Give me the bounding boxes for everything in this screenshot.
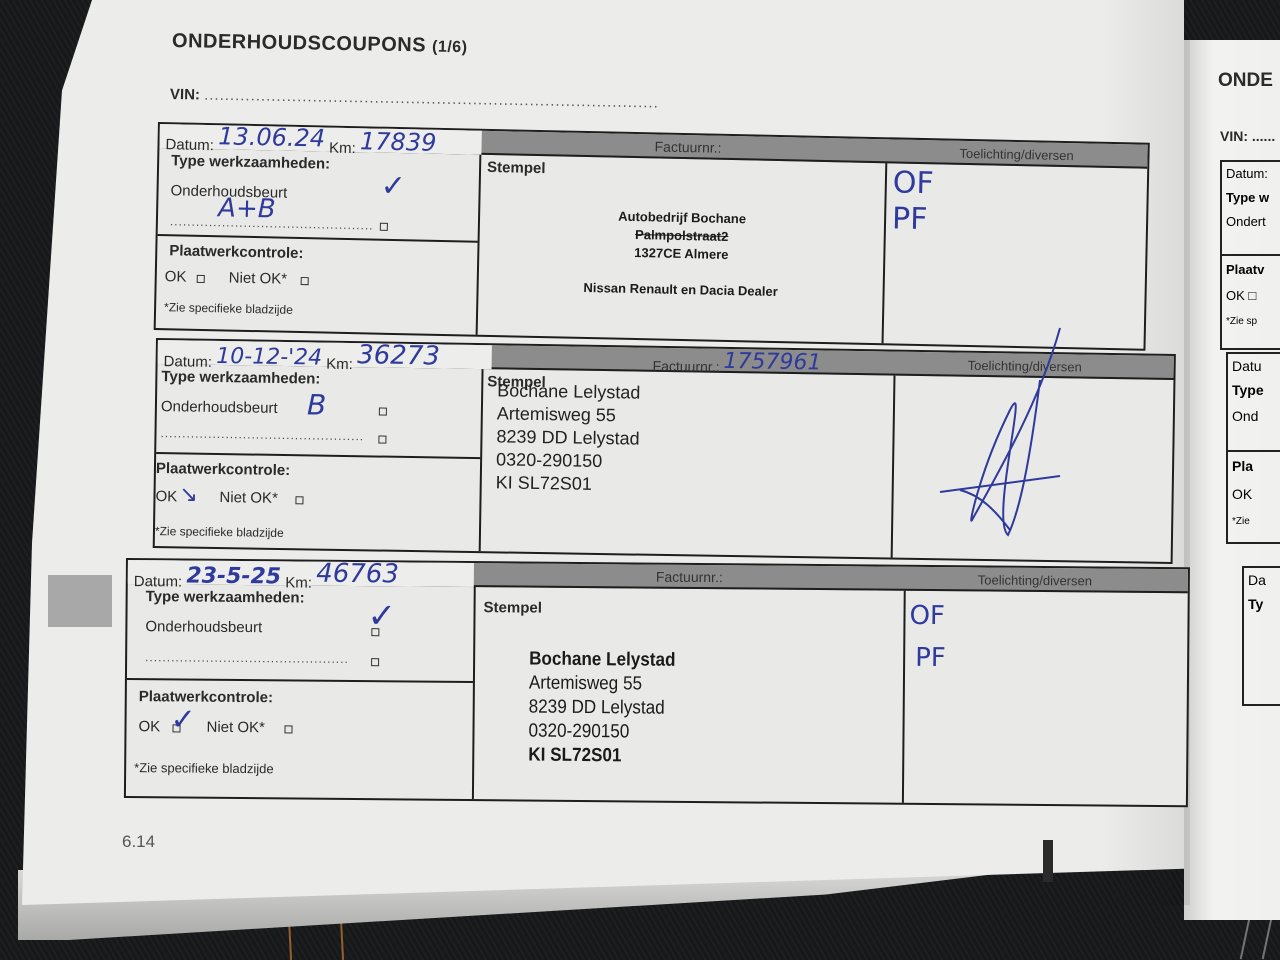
checkmark-icon: ✓ [380,169,406,205]
next-page-vin: VIN: ...... [1220,128,1275,144]
service-coupon-3: Datum: 23-5-25 Km: 46763 Factuurnr.: Toe… [124,558,1190,807]
toelichting-note[interactable]: OF [909,601,945,631]
dealer-stamp: Bochane Lelystad Artemisweg 55 8239 DD L… [496,379,641,496]
plaatwerk-niet-ok-checkbox[interactable] [301,277,309,285]
plaatwerk-ok-checkbox[interactable] [197,275,205,283]
other-work-checkbox[interactable] [371,658,379,666]
checkmark-icon: ↘ [179,482,198,507]
signature [920,320,1080,550]
toelichting-note[interactable]: PF [892,201,928,237]
plaatwerk-niet-ok-checkbox[interactable] [295,496,303,504]
toelichting-label: Toelichting/diversen [978,572,1092,588]
toelichting-note[interactable]: OF [893,165,935,201]
factuurnr-value[interactable]: 1757961 [723,349,821,376]
km-value[interactable]: 46763 [316,559,399,590]
service-coupon-1: Datum: 13.06.24 Km: 17839 Factuurnr.: To… [154,122,1150,351]
factuurnr-label: Factuurnr.: [656,569,723,586]
next-page-coupon: Datu Type Ond Pla OK *Zie [1226,352,1280,544]
checkmark-icon: ✓ [367,596,396,636]
toelichting-note[interactable]: PF [915,643,946,673]
next-page-title: ONDE [1218,70,1273,92]
service-type-note[interactable]: B [307,388,327,421]
next-page: ONDE VIN: ...... Datum: Type w Ondert Pl… [1184,40,1280,920]
factuurnr-label: Factuurnr.: [654,138,721,155]
section-tab-marker [48,575,112,627]
plaatwerk-niet-ok-checkbox[interactable] [284,725,292,733]
onderhoudsbeurt-checkbox[interactable] [379,408,387,416]
other-work-checkbox[interactable] [380,223,388,231]
thumb-index-mark [1043,840,1053,882]
page-number: 6.14 [122,832,155,852]
datum-value[interactable]: 13.06.24 [218,122,325,152]
dealer-stamp: Autobedrijf Bochane Palmpolstraat2 1327C… [478,205,884,303]
next-page-coupon: Da Ty [1242,566,1280,706]
other-work-checkbox[interactable] [378,436,386,444]
checkmark-icon: ✓ [170,702,195,737]
toelichting-label: Toelichting/diversen [959,146,1073,163]
next-page-coupon: Datum: Type w Ondert Plaatv OK □ *Zie sp [1220,160,1280,350]
coupon-date-km: Datum: 23-5-25 Km: 46763 [128,560,474,587]
dealer-stamp: Bochane Lelystad Artemisweg 55 8239 DD L… [528,648,675,769]
